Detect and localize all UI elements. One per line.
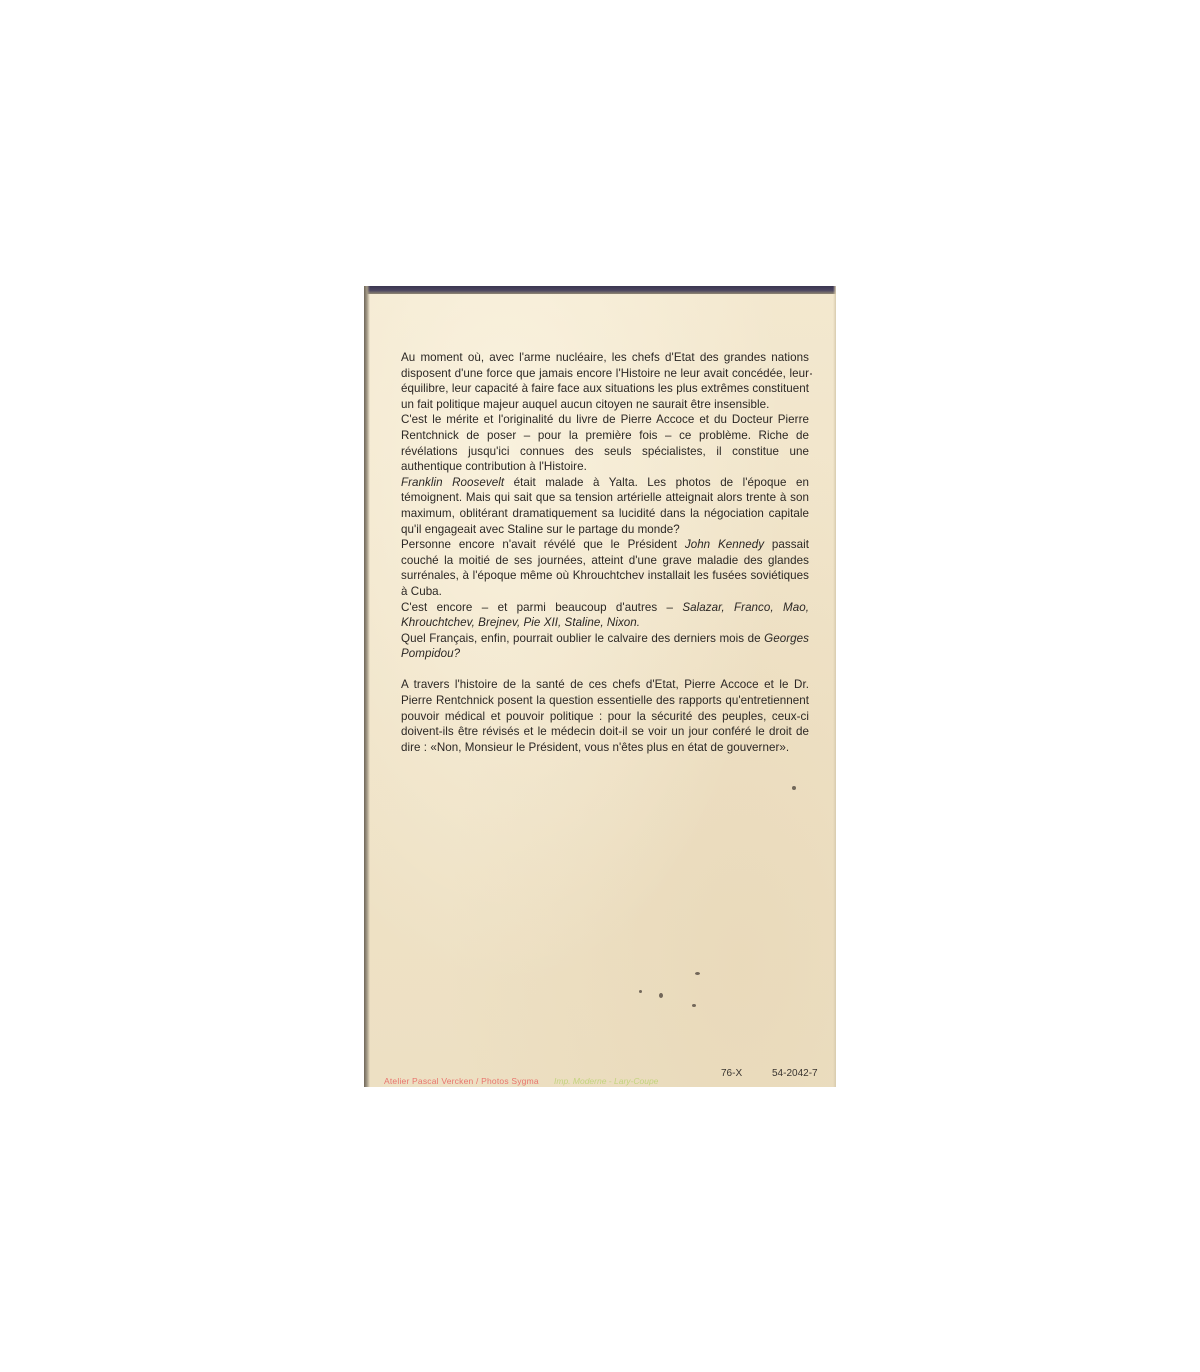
back-cover-blurb: Au moment où, avec l'arme nucléaire, les… <box>401 350 809 755</box>
name-kennedy: John Kennedy <box>685 538 764 551</box>
cover-footer: Atelier Pascal Vercken / Photos Sygma Im… <box>364 1073 836 1087</box>
paper-spot <box>695 972 700 975</box>
cover-spine-edge <box>364 286 370 1087</box>
design-credit: Atelier Pascal Vercken / Photos Sygma <box>384 1074 539 1087</box>
paper-spot <box>692 1004 696 1007</box>
cover-top-edge <box>364 286 836 294</box>
blurb-paragraph-7: A travers l'histoire de la santé de ces … <box>401 677 809 755</box>
catalog-code: 76-X <box>721 1067 742 1081</box>
cover-right-edge <box>833 286 836 1087</box>
isbn-code: 54-2042-7 <box>772 1067 818 1081</box>
paper-spot <box>810 373 812 375</box>
blurb-paragraph-2: C'est le mérite et l'originalité du livr… <box>401 412 809 474</box>
blurb-paragraph-5: C'est encore – et parmi beaucoup d'autre… <box>401 600 809 631</box>
name-roosevelt: Franklin Roosevelt <box>401 476 504 489</box>
book-back-cover: Au moment où, avec l'arme nucléaire, les… <box>364 286 836 1087</box>
blurb-paragraph-3: Franklin Roosevelt était malade à Yalta.… <box>401 475 809 537</box>
blurb-paragraph-5-text: C'est encore – et parmi beaucoup d'autre… <box>401 601 682 614</box>
paper-spot <box>659 993 663 998</box>
blurb-paragraph-4: Personne encore n'avait révélé que le Pr… <box>401 537 809 599</box>
printer-credit: Imp. Moderne - Lary-Coupe <box>554 1074 658 1087</box>
paper-spot <box>792 786 796 790</box>
paper-spot <box>639 990 642 993</box>
blurb-paragraph-4-text-a: Personne encore n'avait révélé que le Pr… <box>401 538 685 551</box>
blurb-paragraph-1: Au moment où, avec l'arme nucléaire, les… <box>401 350 809 412</box>
blurb-paragraph-6: Quel Français, enfin, pourrait oublier l… <box>401 631 809 662</box>
blurb-paragraph-6-text: Quel Français, enfin, pourrait oublier l… <box>401 632 764 645</box>
